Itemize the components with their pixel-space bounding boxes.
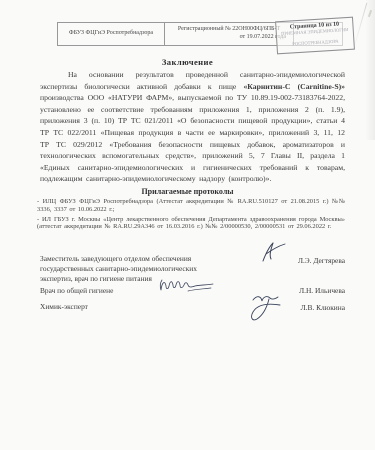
protocols-heading: Прилагаемые протоколы xyxy=(0,187,375,196)
signatory-title-2: Врач по общей гигиене xyxy=(40,286,113,296)
received-stamp: Страница 10 из 10 ПРИЕМНАЯ ЭПИДЕМИОЛОГИИ… xyxy=(275,17,355,55)
registration-number: Регистрационный № 22ОН00ФЦ/6ПБ-Т xyxy=(168,26,290,34)
document-page: ФБУЗ ФЦГиЭ Роспотребнадзора Регистрацион… xyxy=(0,0,375,450)
header-org-text: ФБУЗ ФЦГиЭ Роспотребнадзора xyxy=(69,30,153,38)
signatory-name-3: Л.В. Клюкина xyxy=(301,303,345,313)
signatory-title-3: Химик-эксперт xyxy=(40,302,88,312)
product-name-bold: «Карнитин-С (Carnitine-S)» xyxy=(243,82,345,91)
signatory-name-1: Л.Э. Дегтярева xyxy=(298,256,345,266)
protocol-item-2: - ИЛ ГБУЗ г. Москвы «Центр лекарственног… xyxy=(37,216,345,232)
conclusion-paragraph: На основании результатов проведенной сан… xyxy=(40,69,345,185)
registration-date: от 19.07.2022 года xyxy=(168,34,290,42)
protocol-item-1: - ИЛЦ ФБУЗ ФЦГиЭ Роспотребнадзора (Аттес… xyxy=(37,198,345,214)
signatory-name-2: Л.Н. Ильичева xyxy=(299,286,345,296)
klyukina-signature-handwriting xyxy=(248,293,284,328)
degtyareva-signature-handwriting xyxy=(260,241,288,268)
document-title: Заключение xyxy=(0,57,375,67)
conclusion-text-part2: производства ООО «НАТУРИ ФАРМ», выпускае… xyxy=(40,93,345,183)
header-org-cell: ФБУЗ ФЦГиЭ Роспотребнадзора xyxy=(58,23,165,45)
protocols-list: - ИЛЦ ФБУЗ ФЦГиЭ Роспотребнадзора (Аттес… xyxy=(37,198,345,233)
scan-edge-shade xyxy=(365,0,375,140)
ilyicheva-signature-handwriting xyxy=(158,276,216,299)
stamp-text-line2: РОСПОТРЕБНАДЗОРА xyxy=(277,37,353,47)
